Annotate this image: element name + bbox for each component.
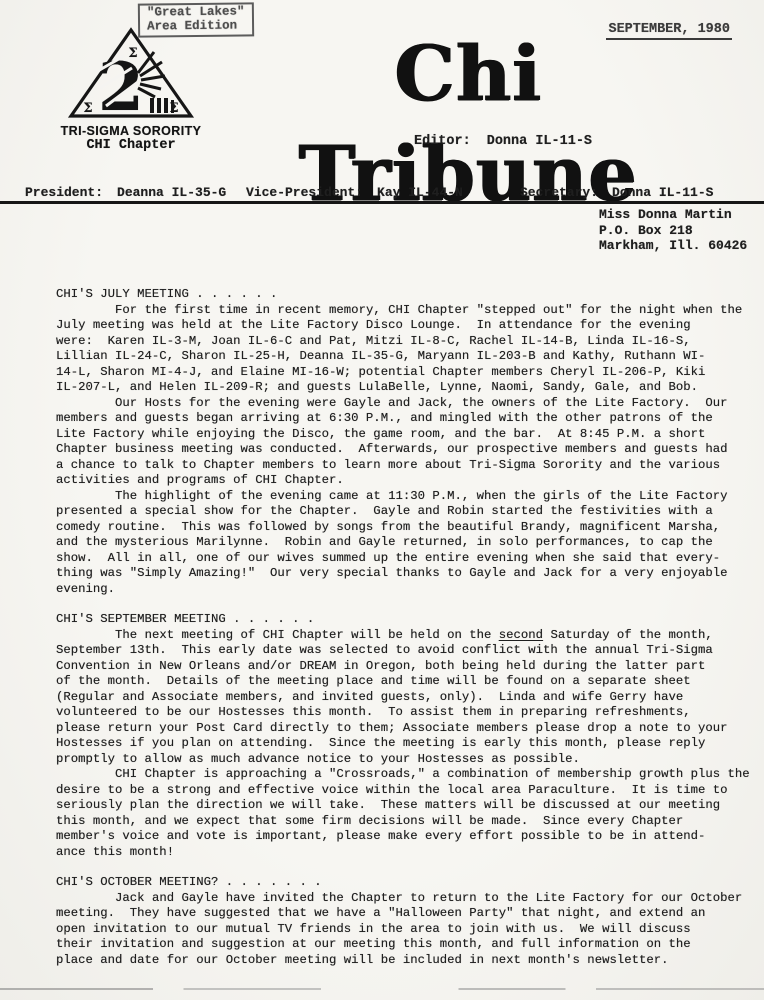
newsletter-section: CHI'S SEPTEMBER MEETING . . . . . . The … [56,612,756,860]
paragraph: The next meeting of CHI Chapter will be … [56,628,756,768]
newsletter-body: CHI'S JULY MEETING . . . . . . For the f… [56,287,756,968]
section-heading: CHI'S OCTOBER MEETING? . . . . . . . [56,875,756,891]
section-heading: CHI'S JULY MEETING . . . . . . [56,287,756,303]
officer-role: President: [25,185,103,200]
logo-block: Σ Σ Σ 2 TRI-SIGMA SOROR [42,26,220,153]
address-line: Markham, Ill. 60426 [599,238,747,254]
paragraph: Jack and Gayle have invited the Chapter … [56,891,756,969]
officers-row: President:Deanna IL-35-G Vice-President:… [0,185,764,201]
newsletter-section: CHI'S JULY MEETING . . . . . . For the f… [56,287,756,597]
paragraph: CHI Chapter is approaching a "Crossroads… [56,767,756,860]
sorority-name: TRI-SIGMA SORORITY [42,124,220,138]
editor-line: Editor:Donna IL-11-S [414,134,592,149]
officer-name: Donna IL-11-S [612,185,713,200]
officer-secretary: Secretary:Donna IL-11-S [520,185,713,200]
newsletter-section: CHI'S OCTOBER MEETING? . . . . . . . Jac… [56,875,756,968]
paragraph: The highlight of the evening came at 11:… [56,489,756,598]
paragraph: For the first time in recent memory, CHI… [56,303,756,396]
officer-name: Kay IL-44-N [377,185,463,200]
scan-artifact-line [0,988,764,990]
section-heading: CHI'S SEPTEMBER MEETING . . . . . . [56,612,756,628]
officer-name: Deanna IL-35-G [117,185,226,200]
mailing-address: Miss Donna Martin P.O. Box 218 Markham, … [599,207,747,254]
editor-name: Donna IL-11-S [487,134,592,149]
divider-rule [0,201,764,204]
logo-numeral: 2 [98,48,144,126]
newsletter-page: "Great Lakes" Area Edition Σ Σ Σ 2 [0,0,764,1000]
editor-label: Editor: [414,134,471,149]
paragraph: Our Hosts for the evening were Gayle and… [56,396,756,489]
officer-role: Secretary: [520,185,598,200]
officer-role: Vice-President: [246,185,363,200]
sigma-left: Σ [83,101,92,116]
address-line: Miss Donna Martin [599,207,747,223]
issue-date: SEPTEMBER, 1980 [606,22,732,40]
officer-vice-president: Vice-President:Kay IL-44-N [246,185,463,200]
tri-sigma-logo-icon: Σ Σ Σ 2 [64,26,198,126]
address-line: P.O. Box 218 [599,223,747,239]
chapter-name: CHI Chapter [42,138,220,153]
officer-president: President:Deanna IL-35-G [25,185,226,200]
